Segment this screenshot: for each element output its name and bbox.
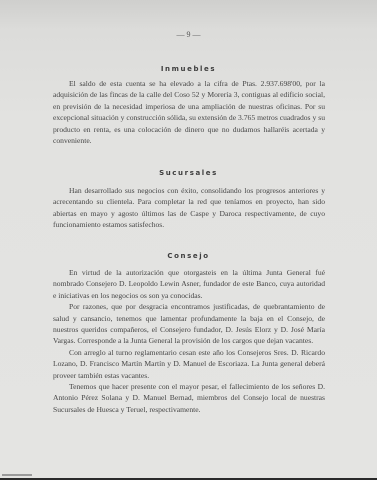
paragraph: El saldo de esta cuenta se ha elevado a …	[53, 78, 325, 146]
section-body-inmuebles: El saldo de esta cuenta se ha elevado a …	[53, 78, 325, 146]
section-title-inmuebles: Inmuebles	[0, 65, 377, 73]
paragraph: Han desarrollado sus negocios con éxito,…	[53, 185, 325, 231]
section-body-sucursales: Han desarrollado sus negocios con éxito,…	[53, 185, 325, 231]
paragraph: Por razones, que por desgracia encontram…	[53, 301, 325, 347]
section-title-sucursales: Sucursales	[0, 169, 377, 177]
paragraph: Tenemos que hacer presente con el mayor …	[53, 381, 325, 415]
document-page: — 9 — Inmuebles El saldo de esta cuenta …	[0, 0, 377, 478]
page-number: — 9 —	[0, 30, 377, 39]
section-title-consejo: Consejo	[0, 252, 377, 260]
section-body-consejo: En virtud de la autorización que otorgas…	[53, 267, 325, 415]
paragraph: Con arreglo al turno reglamentario cesan…	[53, 347, 325, 381]
scan-footer-mark	[2, 474, 32, 476]
paragraph: En virtud de la autorización que otorgas…	[53, 267, 325, 301]
